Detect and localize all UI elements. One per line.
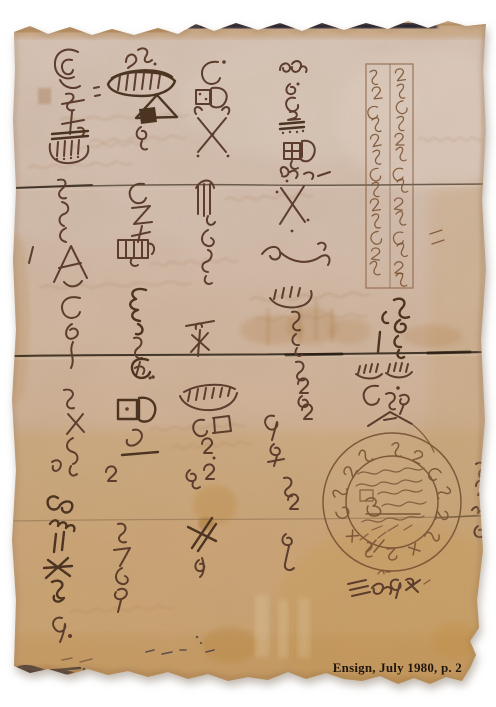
document-photo: Ensign, July 1980, p. 2 xyxy=(0,0,496,707)
paper xyxy=(0,0,496,707)
magazine-photo-page: Ensign, July 1980, p. 2 xyxy=(0,0,496,707)
photo-caption: Ensign, July 1980, p. 2 xyxy=(333,660,462,675)
paper-grain xyxy=(0,0,496,707)
